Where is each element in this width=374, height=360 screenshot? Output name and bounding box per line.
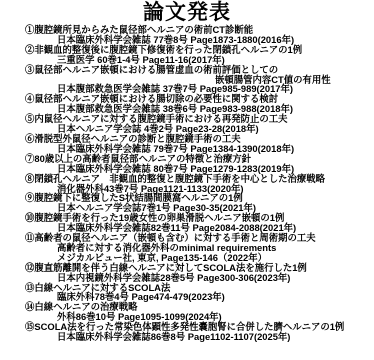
publication-lines: ①腹腔鏡所見からみた鼠径部ヘルニアの術前CT診断能日本臨床外科学会雑誌 77巻8…: [0, 25, 374, 342]
publication-title-line: ⑧閉鎖孔ヘルニア 非観血的整復と腹腔鏡下手術を中心とした治療戦略: [0, 174, 374, 184]
publication-citation-line: 日本臨床外科学会雑誌86巻8号 Page1102-1107(2025年): [0, 332, 374, 342]
publication-list-page: 論文発表 ①腹腔鏡所見からみた鼠径部ヘルニアの術前CT診断能日本臨床外科学会雑誌…: [0, 0, 374, 360]
page-title: 論文発表: [0, 2, 374, 23]
